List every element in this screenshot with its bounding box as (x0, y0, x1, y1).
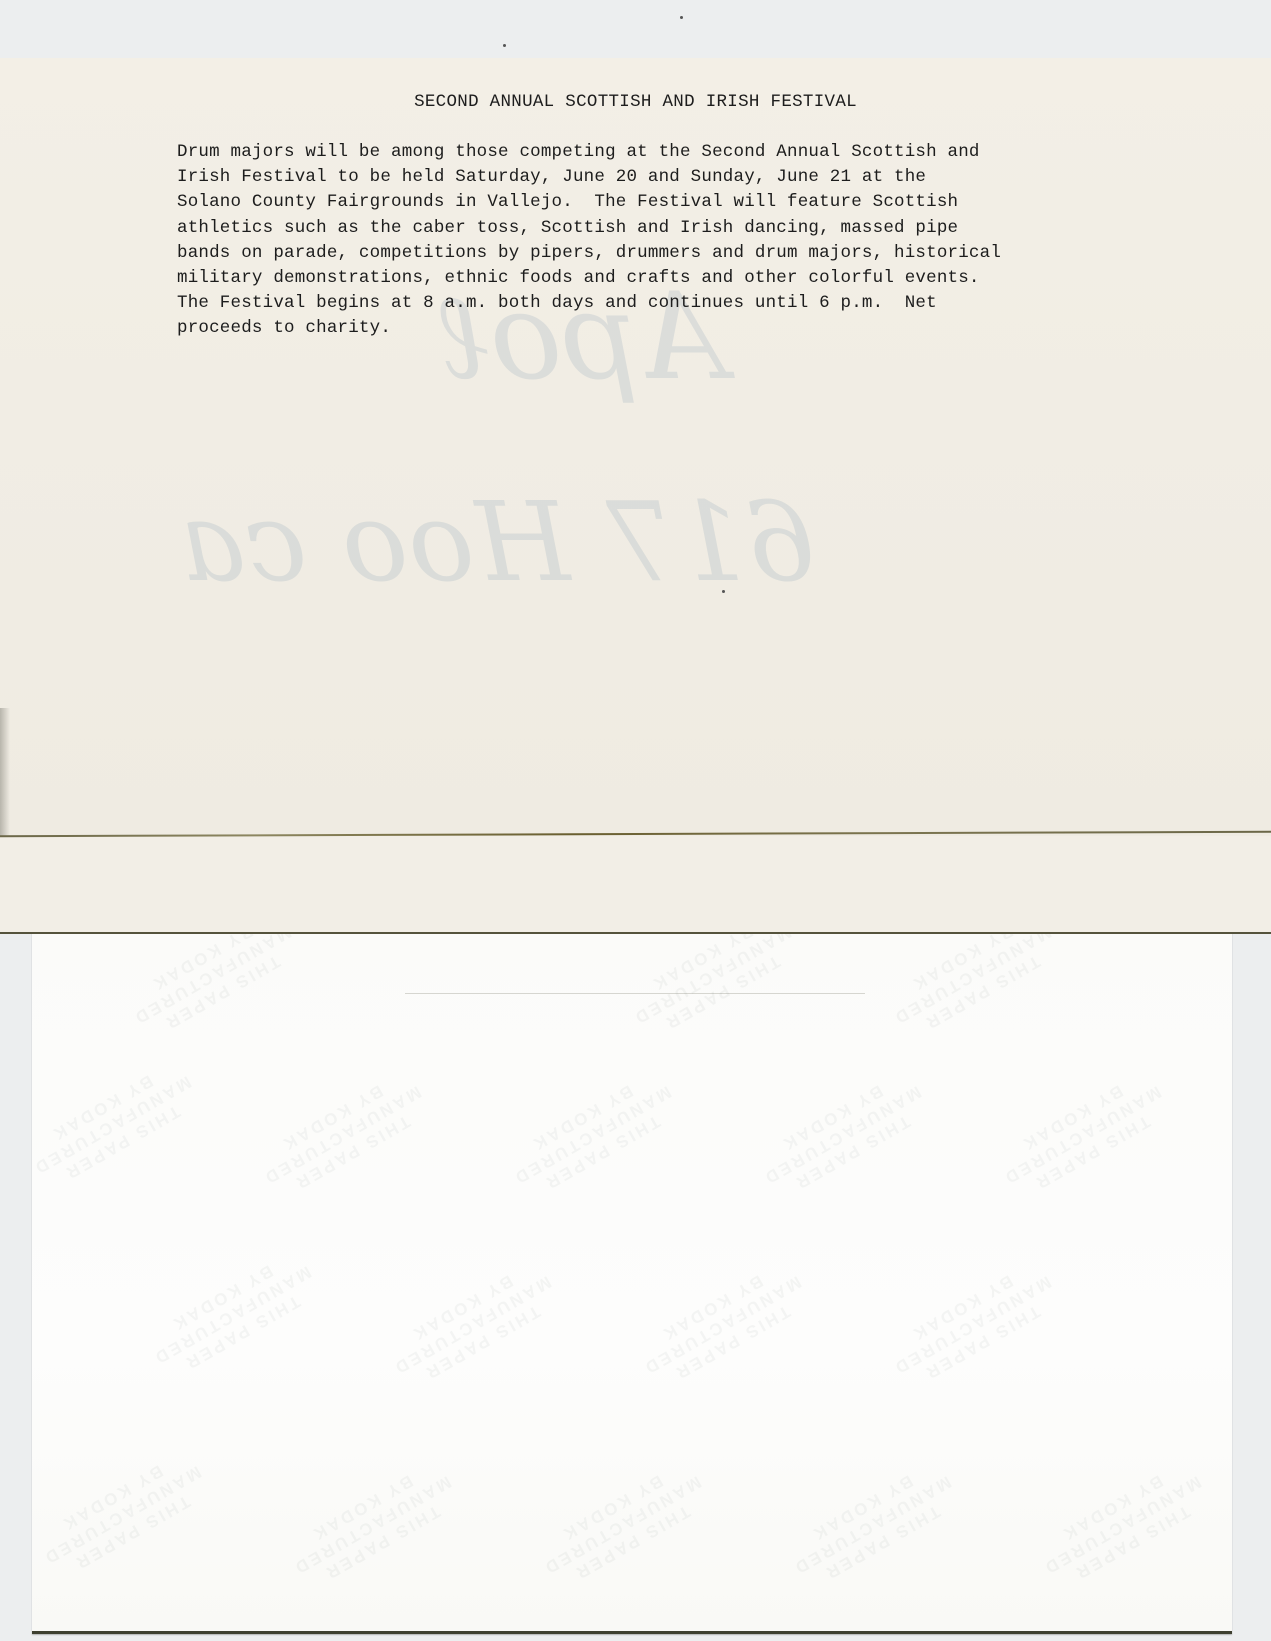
kodak-backprint: THIS PAPER MANUFACTURED BY KODAK (249, 1064, 434, 1206)
kodak-backprint: THIS PAPER MANUFACTURED BY KODAK (32, 1444, 215, 1586)
kodak-backprint: THIS PAPER MANUFACTURED BY KODAK (879, 1254, 1064, 1396)
scan-speck (503, 44, 506, 47)
kodak-backprint: THIS PAPER MANUFACTURED BY KODAK (879, 925, 1064, 1046)
bleed-through-handwriting: 617 Hoo ca (180, 478, 815, 606)
scan-speck (680, 16, 683, 19)
kodak-backprint: THIS PAPER MANUFACTURED BY KODAK (119, 925, 304, 1046)
kodak-backprint: THIS PAPER MANUFACTURED BY KODAK (279, 1454, 464, 1596)
paper-speck (722, 590, 725, 593)
body-line: The Festival begins at 8 a.m. both days … (177, 291, 1177, 316)
kodak-backprint: THIS PAPER MANUFACTURED BY KODAK (1029, 1454, 1214, 1596)
body-line: Drum majors will be among those competin… (177, 140, 1177, 165)
body-line: military demonstrations, ethnic foods an… (177, 266, 1177, 291)
kodak-backprint: THIS PAPER MANUFACTURED BY KODAK (629, 1254, 814, 1396)
body-line: Solano County Fairgrounds in Vallejo. Th… (177, 190, 1177, 215)
slip-overlap-band (0, 836, 1271, 932)
document-title: SECOND ANNUAL SCOTTISH AND IRISH FESTIVA… (0, 92, 1271, 112)
kodak-backprint: THIS PAPER MANUFACTURED BY KODAK (139, 1244, 324, 1386)
kodak-backprint: THIS PAPER MANUFACTURED BY KODAK (379, 1254, 564, 1396)
kodak-backprint: THIS PAPER MANUFACTURED BY KODAK (779, 1454, 964, 1596)
kodak-backprint: THIS PAPER MANUFACTURED BY KODAK (529, 1454, 714, 1596)
photo-paper-back: THIS PAPER MANUFACTURED BY KODAK THIS PA… (32, 925, 1232, 1634)
kodak-backprint: THIS PAPER MANUFACTURED BY KODAK (619, 925, 804, 1046)
body-line: bands on parade, competitions by pipers,… (177, 241, 1177, 266)
kodak-backprint: THIS PAPER MANUFACTURED BY KODAK (32, 1054, 205, 1196)
caption-slip: Apoℓ 617 Hoo ca SECOND ANNUAL SCOTTISH A… (0, 58, 1271, 932)
kodak-backprint: THIS PAPER MANUFACTURED BY KODAK (989, 1064, 1174, 1206)
body-line: proceeds to charity. (177, 316, 1177, 341)
kodak-backprint: THIS PAPER MANUFACTURED BY KODAK (749, 1064, 934, 1206)
document-body: Drum majors will be among those competin… (177, 140, 1177, 342)
body-line: Irish Festival to be held Saturday, June… (177, 165, 1177, 190)
body-line: athletics such as the caber toss, Scotti… (177, 216, 1177, 241)
kodak-backprint: THIS PAPER MANUFACTURED BY KODAK (499, 1064, 684, 1206)
